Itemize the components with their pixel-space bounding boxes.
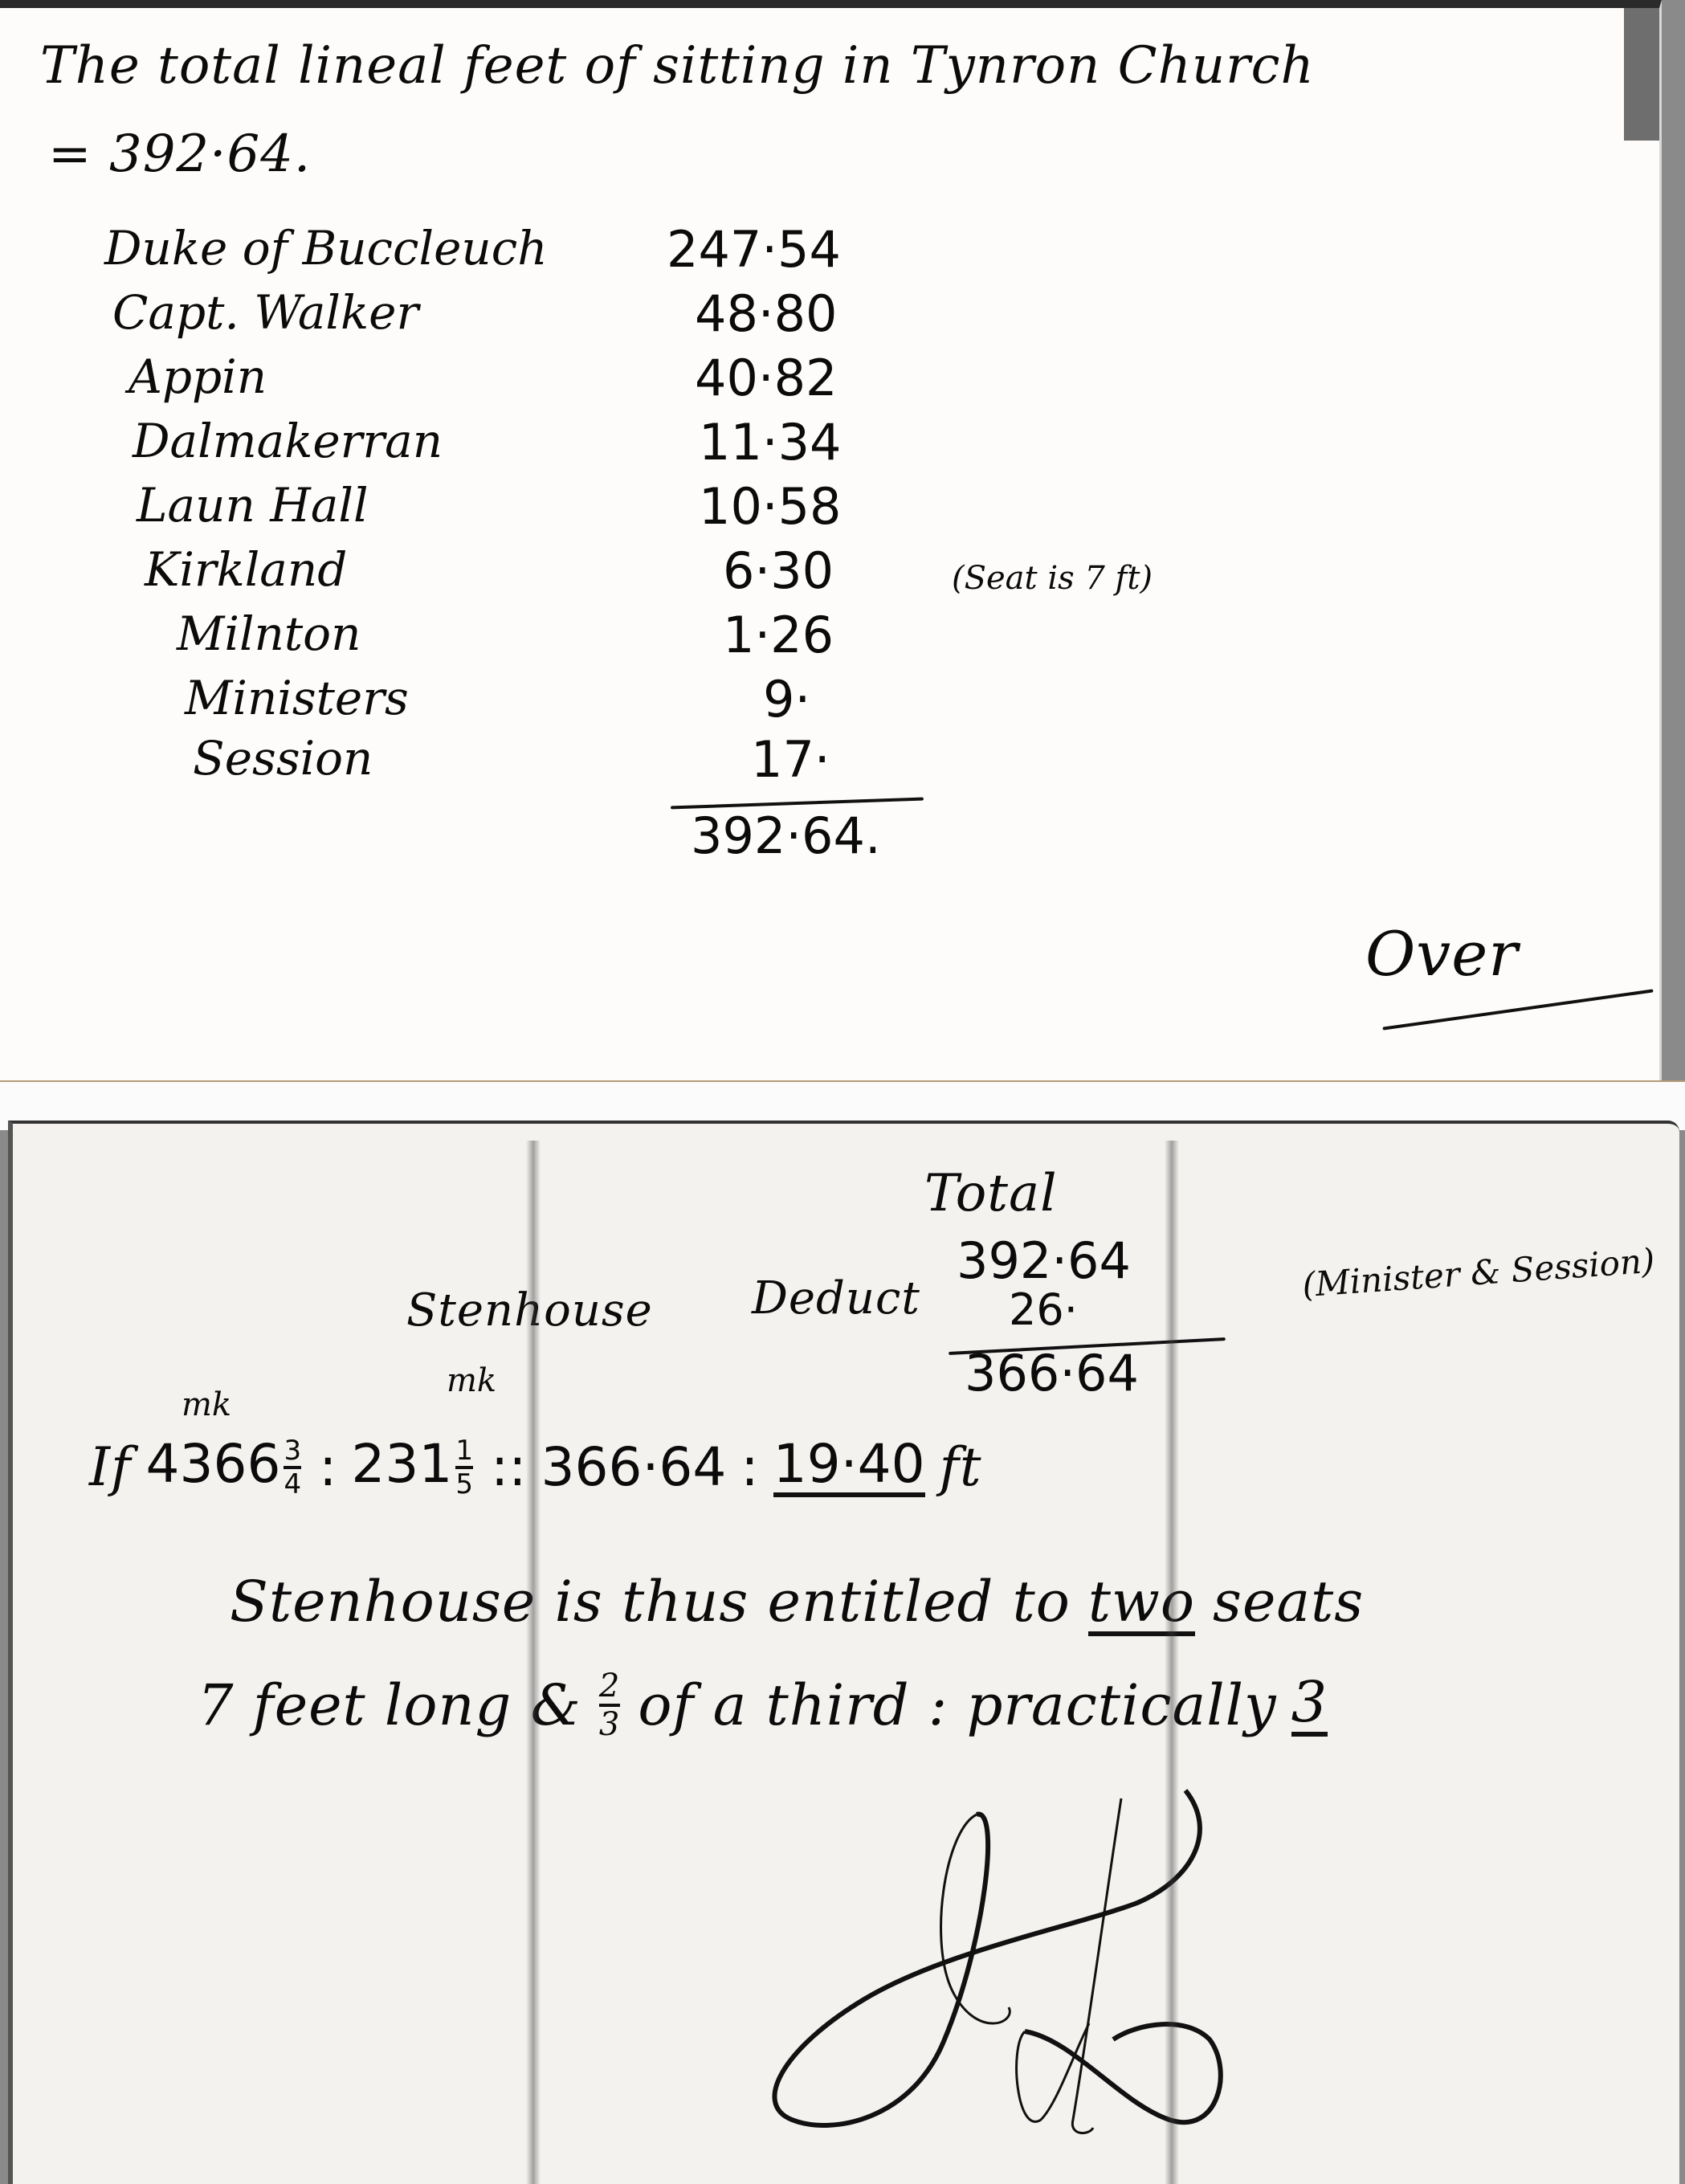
conclusion-text: of a third : practically <box>638 1677 1276 1733</box>
total-value: 392·64. <box>691 811 881 861</box>
ratio-separator: : <box>741 1441 758 1494</box>
heading-line-1: The total lineal feet of sitting in Tynr… <box>40 40 1315 92</box>
entry-value: 11·34 <box>699 418 842 467</box>
proportion-prefix: If <box>89 1441 132 1494</box>
proportion-separator: :: <box>491 1441 526 1494</box>
top-note-sheet: The total lineal feet of sitting in Tynr… <box>0 0 1662 1088</box>
fraction-denominator: 3 <box>599 1708 620 1741</box>
entry-name: Duke of Buccleuch <box>104 225 548 271</box>
fraction-denominator: 5 <box>455 1471 473 1498</box>
entry-name: Session <box>193 735 373 782</box>
scan-shadow-corner <box>1624 8 1659 141</box>
entry-name: Kirkland <box>145 546 347 593</box>
mk-label: mk <box>447 1365 496 1397</box>
paper-fold-line <box>1165 1141 1179 2184</box>
entry-note: (Seat is 7 ft) <box>952 562 1153 594</box>
entry-value: 9· <box>763 675 810 725</box>
entry-name: Milnton <box>177 610 361 657</box>
mk-label: mk <box>182 1389 231 1421</box>
entry-value: 247·54 <box>667 225 841 275</box>
entry-value: 40·82 <box>695 353 838 403</box>
entry-name: Appin <box>129 353 267 400</box>
value-a: 436634 <box>146 1437 305 1498</box>
paper-fold-line <box>526 1141 541 2184</box>
fraction-denominator: 4 <box>284 1471 301 1498</box>
over-underline <box>1382 989 1653 1030</box>
entry-value: 6·30 <box>723 546 834 596</box>
value-b-whole: 231 <box>351 1433 452 1495</box>
entry-name: Ministers <box>185 675 409 721</box>
fraction-numerator: 3 <box>284 1437 301 1464</box>
entry-name: Laun Hall <box>137 482 369 529</box>
conclusion-text: 7 feet long & <box>198 1677 581 1733</box>
total-value: 392·64 <box>957 1236 1131 1286</box>
conclusion-text: Stenhouse is thus entitled to <box>230 1574 1071 1636</box>
result-value: 19·40 <box>773 1438 925 1497</box>
value-b: 23115 <box>351 1437 476 1498</box>
total-label: Total <box>924 1168 1058 1219</box>
entry-name: Dalmakerran <box>133 418 443 464</box>
result-unit: ft <box>940 1441 982 1494</box>
conclusion-line-1: Stenhouse is thus entitled to two seats <box>230 1574 1364 1636</box>
deduct-label: Deduct <box>752 1276 920 1321</box>
entry-value: 17· <box>751 735 830 785</box>
value-b-fraction: 15 <box>455 1437 473 1498</box>
fraction-numerator: 2 <box>599 1670 620 1702</box>
conclusion-line-2: 7 feet long & 23 of a third : practicall… <box>198 1670 1328 1741</box>
signature-flourish <box>736 1782 1298 2168</box>
entry-value: 10·58 <box>699 482 842 532</box>
net-value: 366·64 <box>965 1349 1139 1398</box>
deduct-value: 26· <box>1009 1288 1078 1332</box>
value-c: 366·64 <box>541 1441 726 1494</box>
over-mark: Over <box>1365 924 1519 985</box>
value-a-fraction: 34 <box>284 1437 301 1498</box>
conclusion-fraction: 23 <box>599 1670 620 1741</box>
fraction-numerator: 1 <box>455 1437 473 1464</box>
conclusion-emphasis: 3 <box>1291 1674 1328 1737</box>
ratio-separator: : <box>319 1441 337 1494</box>
bottom-note-sheet: Total 392·64 Stenhouse Deduct 26· (Minis… <box>8 1121 1679 2184</box>
conclusion-text: seats <box>1213 1574 1364 1636</box>
entry-name: Capt. Walker <box>112 289 418 336</box>
entry-value: 1·26 <box>723 610 834 660</box>
heading-line-2: = 392·64. <box>48 129 311 180</box>
conclusion-emphasis: two <box>1088 1574 1195 1636</box>
value-a-whole: 4366 <box>146 1433 281 1495</box>
deduct-note: (Minister & Session) <box>1301 1244 1656 1303</box>
entry-value: 48·80 <box>695 289 838 339</box>
